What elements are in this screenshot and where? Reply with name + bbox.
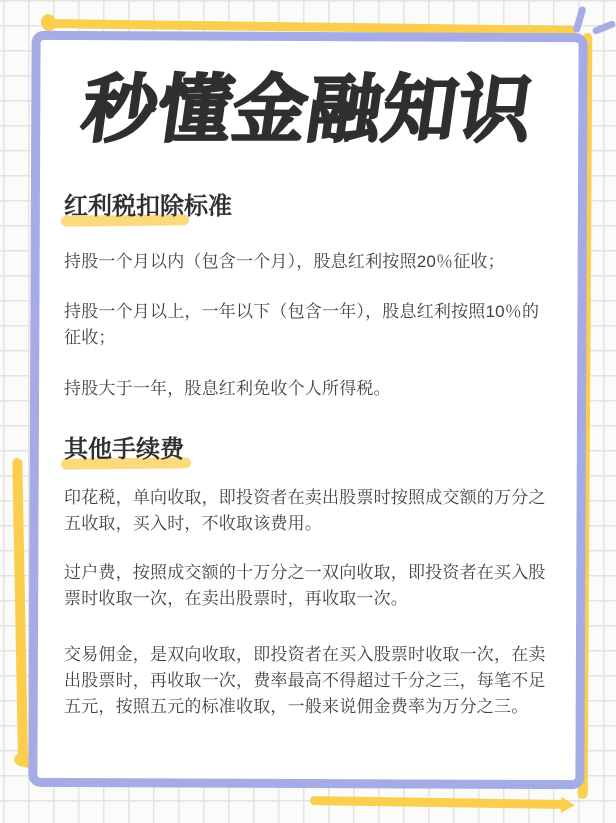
poster-page: 秒懂金融知识 红利税扣除标准 持股一个月以内（包含一个月），股息红利按照20％征…: [0, 0, 616, 823]
poster-title: 秒懂金融知识: [33, 70, 582, 150]
paragraph: 印花税，单向收取，即投资者在卖出股票时按照成交额的万分之 五收取，买入时，不收取…: [64, 485, 556, 537]
card-content: 秒懂金融知识 红利税扣除标准 持股一个月以内（包含一个月），股息红利按照20％征…: [0, 0, 616, 823]
paragraph: 过户费，按照成交额的十万分之一双向收取，即投资者在买入股 票时收取一次，在卖出股…: [64, 560, 556, 612]
section-heading-dividend-tax: 红利税扣除标准: [64, 190, 232, 224]
section-heading-other-fees: 其他手续费: [64, 433, 184, 467]
section-heading-label: 红利税扣除标准: [64, 193, 232, 220]
paragraph: 交易佣金，是双向收取，即投资者在买入股票时收取一次，在卖 出股票时，再收取一次，…: [64, 642, 556, 720]
paragraph: 持股一个月以内（包含一个月），股息红利按照20％征收；: [64, 249, 556, 275]
paragraph: 持股一个月以上，一年以下（包含一年），股息红利按照10％的 征收；: [64, 299, 556, 351]
section-heading-label: 其他手续费: [64, 436, 184, 463]
paragraph: 持股大于一年，股息红利免收个人所得税。: [64, 376, 556, 402]
